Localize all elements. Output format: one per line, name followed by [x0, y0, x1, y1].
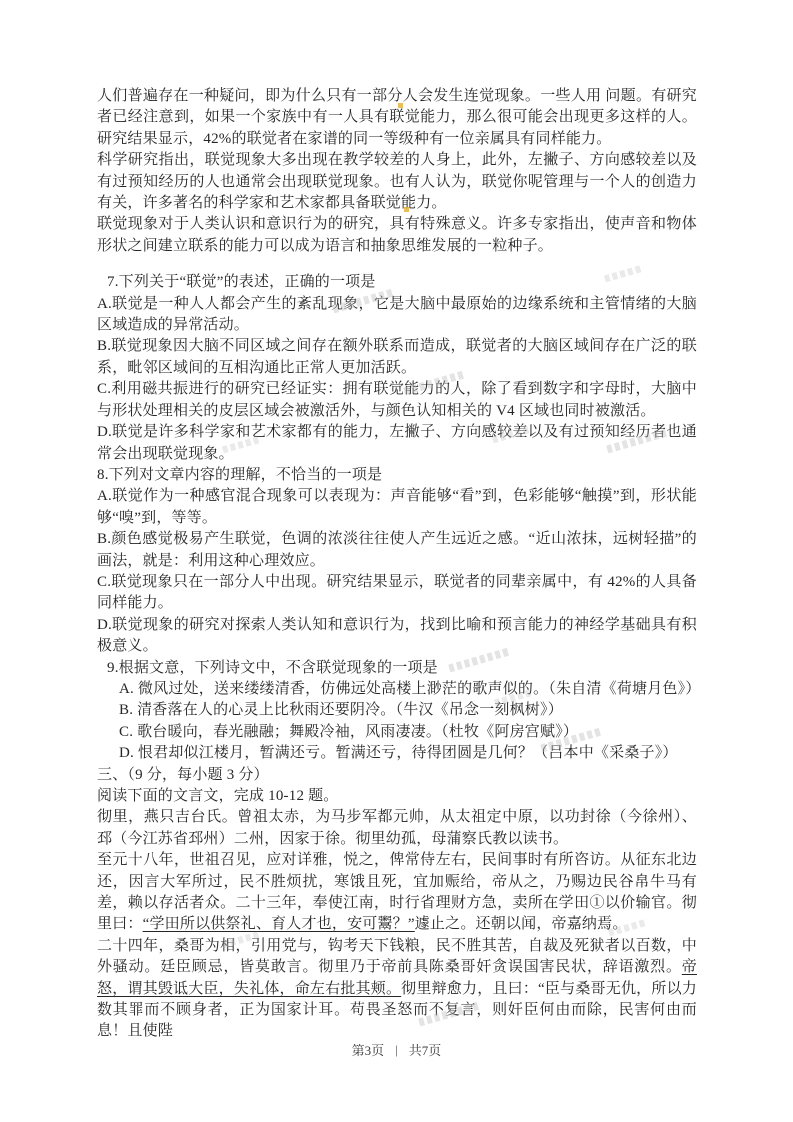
question-7-option-b: B.联觉现象因大脑不同区域之间存在额外联系而造成，联觉者的大脑区域间存在广泛的联…	[97, 336, 697, 379]
article-paragraph-1: 人们普遍存在一种疑问，即为什么只有一部分人会发生连觉现象。一些人用 问题。有研究…	[97, 86, 697, 150]
scan-artifact-dot	[404, 207, 409, 212]
section-3-heading: 三、（9 分，每小题 3 分）	[97, 765, 697, 786]
scan-artifact-dot	[398, 103, 403, 108]
passage-paragraph-3: 二十四年，桑哥为相，引用党与，钩考天下钱粮，民不胜其苦，自裁及死狱者以百数，中外…	[97, 936, 697, 1043]
footer-page-total: 共7页	[409, 1040, 442, 1059]
article-paragraph-2: 科学研究指出，联觉现象大多出现在教学较差的人身上，此外，左撇子、方向感较差以及有…	[97, 150, 697, 214]
footer-separator: |	[395, 1042, 398, 1058]
question-9: 9.根据文意，下列诗文中，不含联觉现象的一项是 A. 微风过处，送来缕缕清香，仿…	[97, 658, 697, 765]
footer-page-current: 第3页	[352, 1040, 385, 1059]
passage-paragraph-1: 彻里，燕只吉台氏。曾祖太赤，为马步军都元帅，从太祖定中原，以功封徐（今徐州）、邳…	[97, 807, 697, 850]
page-footer: 第3页 | 共7页	[0, 1040, 793, 1059]
question-9-option-a: A. 微风过处，送来缕缕清香，仿佛远处高楼上渺茫的歌声似的。（朱自清《荷塘月色》…	[97, 679, 697, 700]
question-8: 8.下列对文章内容的理解，不恰当的一项是 A.联觉作为一种感官混合现象可以表现为…	[97, 465, 697, 658]
question-7-option-a: A.联觉是一种人人都会产生的紊乱现象，它是大脑中最原始的边缘系统和主管情绪的大脑…	[97, 294, 697, 337]
question-9-option-d: D. 恨君却似江楼月，暂满还亏。暂满还亏，待得团圆是几何？（吕本中《采桑子》）	[97, 743, 697, 764]
section-3-instruction: 阅读下面的文言文，完成 10-12 题。	[97, 786, 697, 807]
question-7: 7.下列关于“联觉”的表述，正确的一项是 A.联觉是一种人人都会产生的紊乱现象，…	[97, 272, 697, 465]
question-8-stem: 8.下列对文章内容的理解，不恰当的一项是	[97, 465, 697, 486]
question-8-option-d: D.联觉现象的研究对探索人类认知和意识行为，找到比喻和预言能力的神经学基础具有积…	[97, 615, 697, 658]
passage-paragraph-2: 至元十八年，世祖召见，应对详雅，悦之，俾常侍左右，民间事时有所咨访。从征东北边还…	[97, 850, 697, 936]
question-8-option-b: B.颜色感觉极易产生联觉，色调的浓淡往往使人产生远近之感。“近山浓抹，远树轻描”…	[97, 529, 697, 572]
question-7-stem: 7.下列关于“联觉”的表述，正确的一项是	[97, 272, 697, 293]
question-7-option-d: D.联觉是许多科学家和艺术家都有的能力，左撇子、方向感较差以及有过预知经历者也通…	[97, 422, 697, 465]
question-8-option-c: C.联觉现象只在一部分人中出现。研究结果显示，联觉者的同辈亲属中，有 42%的人…	[97, 572, 697, 615]
question-7-option-c: C.利用磁共振进行的研究已经证实：拥有联觉能力的人，除了看到数字和字母时，大脑中…	[97, 379, 697, 422]
question-8-option-a: A.联觉作为一种感官混合现象可以表现为：声音能够“看”到，色彩能够“触摸”到，形…	[97, 486, 697, 529]
passage-p2-underlined-quote: “学田所以供祭礼、育人才也，安可鬻？”	[143, 916, 415, 932]
question-9-option-c: C. 歌台暖向，春光融融；舞殿冷袖，风雨凄凄。（杜牧《阿房宫赋》）	[97, 722, 697, 743]
question-9-option-b: B. 清香落在人的心灵上比秋雨还要阴冷。（牛汉《吊念一刻枫树》）	[97, 700, 697, 721]
exam-page-scan: 人们普遍存在一种疑问，即为什么只有一部分人会发生连觉现象。一些人用 问题。有研究…	[0, 0, 793, 1122]
page-content: 人们普遍存在一种疑问，即为什么只有一部分人会发生连觉现象。一些人用 问题。有研究…	[97, 86, 697, 1043]
passage-p2-text-tail: 遽止之。还朝以闻，帝嘉纳焉。	[415, 916, 628, 932]
article-paragraph-3: 联觉现象对于人类认识和意识行为的研究，具有特殊意义。许多专家指出，使声音和物体形…	[97, 214, 697, 257]
question-9-stem: 9.根据文意，下列诗文中，不含联觉现象的一项是	[97, 658, 697, 679]
passage-p3-text: 二十四年，桑哥为相，引用党与，钩考天下钱粮，民不胜其苦，自裁及死狱者以百数，中外…	[97, 938, 697, 975]
